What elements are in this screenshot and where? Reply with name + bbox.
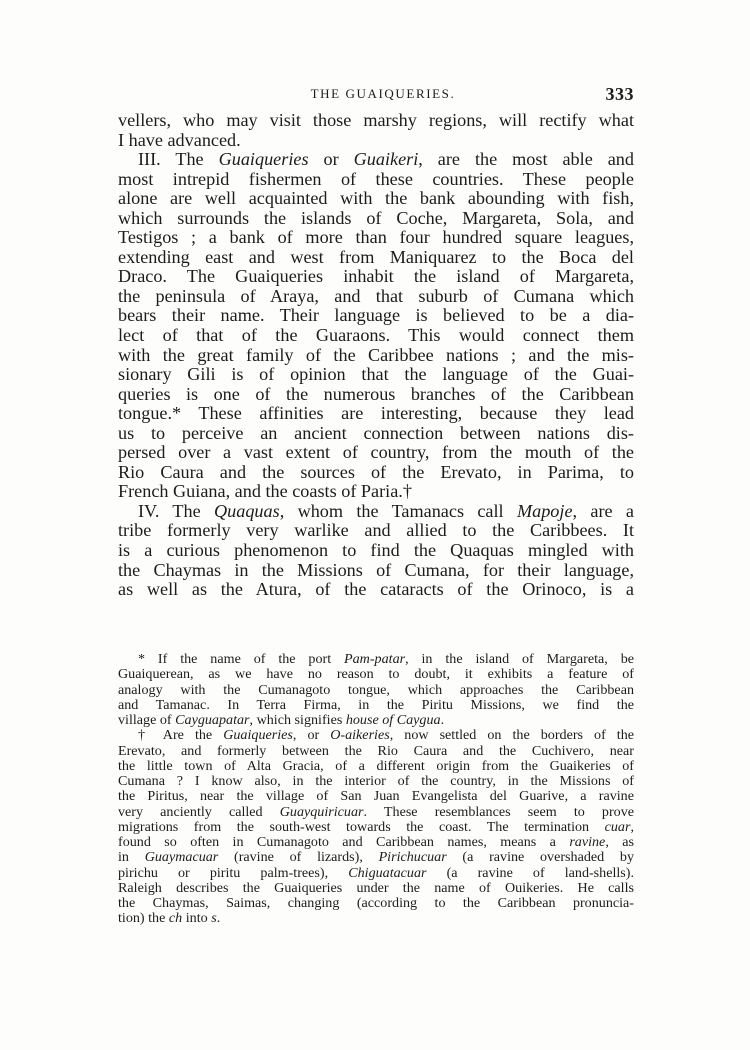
text-segment: . [441,712,445,728]
footnotes: * If the name of the port Pam-patar, in … [118,652,634,927]
text-segment: (a ravine of land-shells). [427,865,635,881]
text-segment: most intrepid fishermen of these countri… [118,169,634,189]
footnote-line: † Are the Guaiqueries, or O-aikeries, no… [118,728,634,743]
text-line: lect of that of the Guaraons. This would… [118,326,634,346]
text-segment: , now settled on the borders of the [390,727,634,743]
text-line: IV. The Quaquas, whom the Tamanacs call … [118,502,634,522]
italic-text: Chiguatacuar [348,865,426,881]
italic-text: house of Caygua [346,712,441,728]
text-segment: found so often in Cumanagoto and Caribbe… [118,834,569,850]
text-segment: or [309,149,354,169]
text-segment: , or [293,727,330,743]
footnote-line: * If the name of the port Pam-patar, in … [118,652,634,667]
italic-text: Quaquas [214,501,280,521]
footnote-line: Guaiquerean, as we have no reason to dou… [118,667,634,682]
text-segment: as well as the Atura, of the cataracts o… [118,579,634,599]
text-segment: analogy with the Cumanagoto tongue, whic… [118,682,634,698]
italic-text: Pam-patar [344,651,405,667]
text-segment: Cumana ? I know also, in the interior of… [118,773,634,789]
footnote-line: Cumana ? I know also, in the interior of… [118,774,634,789]
italic-text: Mapoje [517,501,573,521]
text-segment: , as [605,834,634,850]
text-segment: , in the island of Margareta, be [405,651,634,667]
text-segment: Erevato, and formerly between the Rio Ca… [118,743,634,759]
text-segment: (a ravine overshaded by [447,849,634,865]
text-segment: lect of that of the Guaraons. This would… [118,325,634,345]
text-segment: vellers, who may visit those marshy regi… [118,110,634,130]
page-number: 333 [606,84,635,105]
text-segment: pirichu or piritu palm-trees), [118,865,348,881]
footnote-line: migrations from the south-west towards t… [118,820,634,835]
text-line: us to perceive an ancient connection bet… [118,424,634,444]
text-line: Draco. The Guaiqueries inhabit the islan… [118,267,634,287]
book-page: THE GUAIQUERIES. 333 vellers, who may vi… [0,0,750,1050]
text-line: alone are well acquainted with the bank … [118,189,634,209]
text-line: sionary Gili is of opinion that the lang… [118,365,634,385]
running-head: THE GUAIQUERIES. 333 [118,84,634,106]
text-segment: the little town of Alta Gracia, of a dif… [118,758,634,774]
text-segment: is a curious phenomenon to find the Quaq… [118,540,634,560]
italic-text: Guayquiricuar [280,804,364,820]
text-line: the Chaymas in the Missions of Cumana, f… [118,561,634,581]
text-line: bears their name. Their language is beli… [118,306,634,326]
text-line: tongue.* These affinities are interestin… [118,404,634,424]
footnote-line: pirichu or piritu palm-trees), Chiguatac… [118,866,634,881]
footnote-line: village of Cayguapatar, which signifies … [118,713,634,728]
italic-text: ravine [569,834,605,850]
footnote-line: Erevato, and formerly between the Rio Ca… [118,744,634,759]
text-segment: tribe formerly very warlike and allied t… [118,520,634,540]
running-title: THE GUAIQUERIES. [118,86,634,102]
text-segment: tongue.* These affinities are interestin… [118,403,634,423]
main-text: vellers, who may visit those marshy regi… [118,111,634,600]
text-segment: Testigos ; a bank of more than four hund… [118,227,634,247]
text-line: I have advanced. [118,131,634,151]
text-line: Testigos ; a bank of more than four hund… [118,228,634,248]
text-segment: queries is one of the numerous branches … [118,384,634,404]
text-segment: Raleigh describes the Guaiqueries under … [118,880,634,896]
footnote-line: the little town of Alta Gracia, of a dif… [118,759,634,774]
italic-text: Pirichucuar [379,849,447,865]
text-segment: very anciently called [118,804,280,820]
text-segment: us to perceive an ancient connection bet… [118,423,634,443]
text-segment: which surrounds the islands of Coche, Ma… [118,208,634,228]
footnote-line: very anciently called Guayquiricuar. The… [118,805,634,820]
text-line: French Guiana, and the coasts of Paria.† [118,482,634,502]
text-segment: Draco. The Guaiqueries inhabit the islan… [118,266,634,286]
text-line: which surrounds the islands of Coche, Ma… [118,209,634,229]
text-segment: in [118,849,145,865]
italic-text: Guaiqueries [219,149,309,169]
text-line: persed over a vast extent of country, fr… [118,443,634,463]
text-line: queries is one of the numerous branches … [118,385,634,405]
text-segment: I have advanced. [118,130,241,150]
text-segment: the Chaymas, Saimas, changing (according… [118,895,634,911]
italic-text: Guaikeri [354,149,419,169]
text-line: extending east and west from Maniquarez … [118,248,634,268]
italic-text: cuar [605,819,631,835]
text-segment: , whom the Tamanacs call [280,501,517,521]
text-line: vellers, who may visit those marshy regi… [118,111,634,131]
text-line: with the great family of the Caribbee na… [118,346,634,366]
text-segment: , which signifies [250,712,346,728]
footnote-line: found so often in Cumanagoto and Caribbe… [118,835,634,850]
text-segment: and Tamanac. In Terra Firma, in the Piri… [118,697,634,713]
text-segment: alone are well acquainted with the bank … [118,188,634,208]
text-segment: III. The [138,149,219,169]
footnote-line: and Tamanac. In Terra Firma, in the Piri… [118,698,634,713]
text-segment: , are a [573,501,634,521]
text-segment: sionary Gili is of opinion that the lang… [118,364,634,384]
text-segment: village of [118,712,175,728]
footnote-line: Raleigh describes the Guaiqueries under … [118,881,634,896]
text-segment: , [630,819,634,835]
text-segment: (ravine of lizards), [218,849,378,865]
text-segment: migrations from the south-west towards t… [118,819,605,835]
text-line: Rio Caura and the sources of the Erevato… [118,463,634,483]
footnote-line: the Piritus, near the village of San Jua… [118,789,634,804]
italic-text: Cayguapatar [175,712,249,728]
footnote-line: the Chaymas, Saimas, changing (according… [118,896,634,911]
text-segment: persed over a vast extent of country, fr… [118,442,634,462]
text-segment: . These resemblances seem to prove [364,804,634,820]
text-segment: Guaiquerean, as we have no reason to dou… [118,666,634,682]
footnote-line: analogy with the Cumanagoto tongue, whic… [118,683,634,698]
text-segment: the Piritus, near the village of San Jua… [118,788,634,804]
text-segment: Rio Caura and the sources of the Erevato… [118,462,634,482]
text-line: is a curious phenomenon to find the Quaq… [118,541,634,561]
text-segment: the peninsula of Araya, and that suburb … [118,286,634,306]
text-segment: IV. The [138,501,214,521]
text-segment: into [182,910,211,926]
footnote-line: tion) the ch into s. [118,911,634,926]
text-segment: bears their name. Their language is beli… [118,305,634,325]
text-segment: with the great family of the Caribbee na… [118,345,634,365]
text-segment: extending east and west from Maniquarez … [118,247,634,267]
text-segment: * If the name of the port [138,651,344,667]
footnote-line: in Guaymacuar (ravine of lizards), Piric… [118,850,634,865]
text-line: as well as the Atura, of the cataracts o… [118,580,634,600]
italic-text: Guaymacuar [145,849,219,865]
text-segment: tion) the [118,910,169,926]
italic-text: Guaiqueries [223,727,293,743]
italic-text: O-aikeries [330,727,390,743]
text-segment: the Chaymas in the Missions of Cumana, f… [118,560,634,580]
italic-text: ch [169,910,182,926]
text-segment: French Guiana, and the coasts of Paria.† [118,481,412,501]
text-segment: † Are the [138,727,223,743]
text-line: tribe formerly very warlike and allied t… [118,521,634,541]
text-line: III. The Guaiqueries or Guaikeri, are th… [118,150,634,170]
text-line: most intrepid fishermen of these countri… [118,170,634,190]
text-segment: . [217,910,221,926]
text-line: the peninsula of Araya, and that suburb … [118,287,634,307]
text-segment: , are the most able and [418,149,634,169]
